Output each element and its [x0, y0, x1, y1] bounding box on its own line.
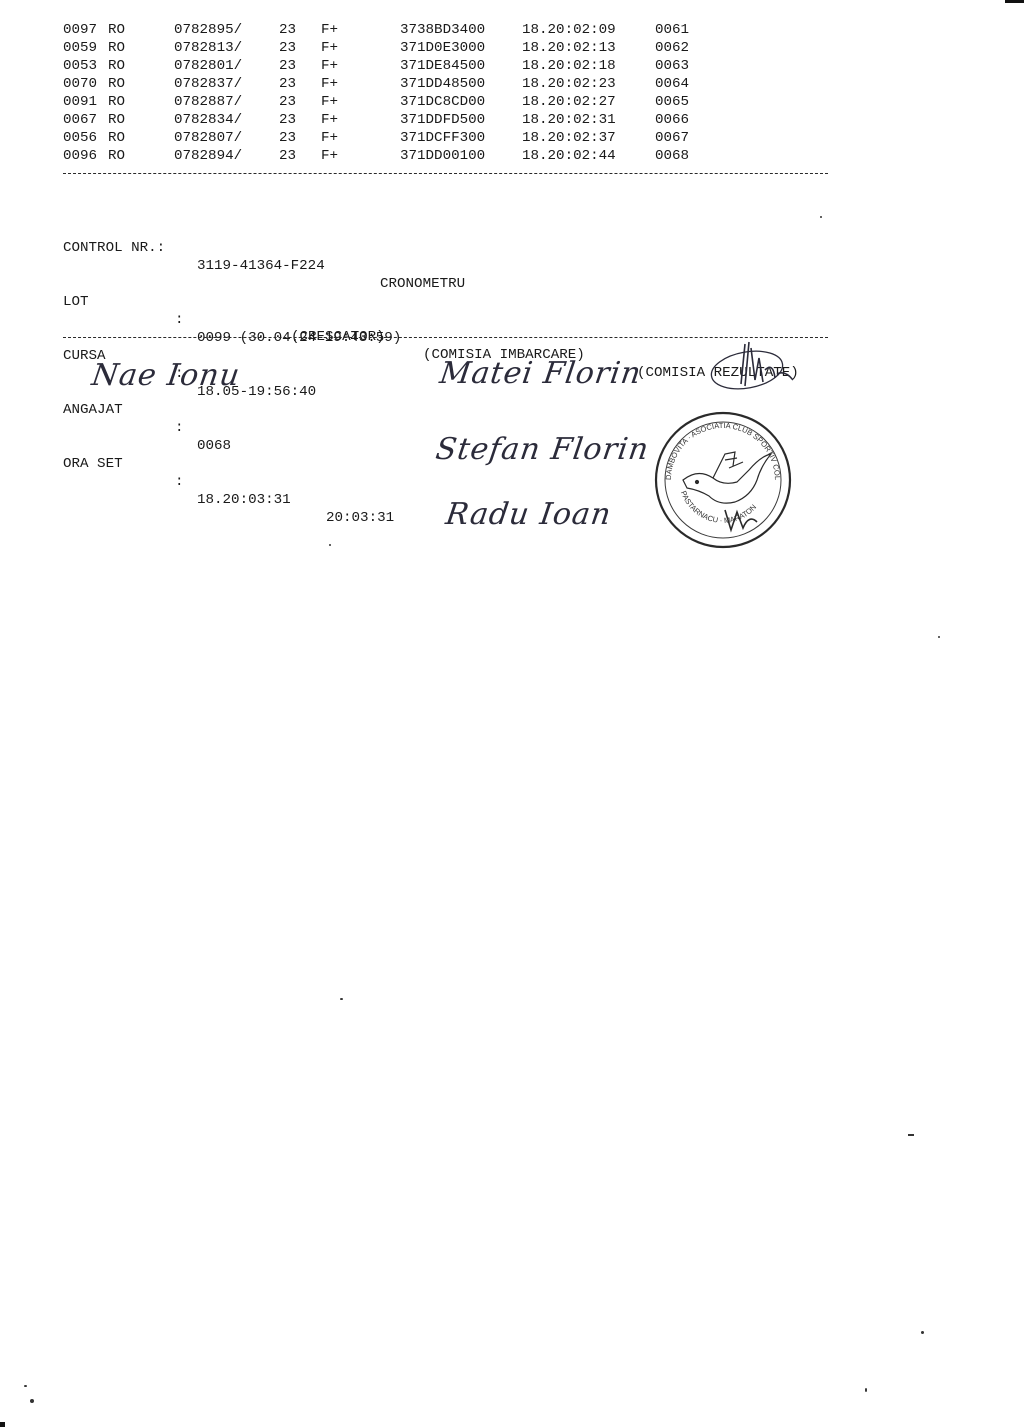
- entry-position: 0067: [655, 129, 689, 147]
- entry-ring: 0782807/: [174, 129, 242, 147]
- entry-position: 0063: [655, 57, 689, 75]
- entry-chip: 371D0E3000: [400, 39, 485, 57]
- entry-sex: F+: [321, 21, 338, 39]
- detail-sep: :: [175, 419, 184, 437]
- detail-sep: :: [175, 473, 184, 491]
- scan-speck: [921, 1331, 924, 1334]
- entry-seq: 0091: [63, 93, 97, 111]
- scan-edge: [1005, 0, 1024, 3]
- entry-year: 23: [279, 39, 296, 57]
- entry-ring: 0782887/: [174, 93, 242, 111]
- entry-chip: 371DCFF300: [400, 129, 485, 147]
- signature-imbarcare-3: Radu Ioan: [444, 497, 614, 532]
- entry-country: RO: [108, 111, 125, 129]
- entry-seq: 0056: [63, 129, 97, 147]
- detail-value: 18.20:03:31: [197, 491, 291, 509]
- entry-year: 23: [279, 129, 296, 147]
- signature-scribble-icon: [705, 340, 800, 395]
- entry-sex: F+: [321, 111, 338, 129]
- entry-year: 23: [279, 111, 296, 129]
- detail-label: ANGAJAT: [63, 401, 123, 419]
- entry-sex: F+: [321, 129, 338, 147]
- entry-sex: F+: [321, 75, 338, 93]
- association-stamp: DAMBOVITA · ASOCIATIA CLUB SPORTIV COLUM…: [653, 410, 793, 550]
- entry-position: 0061: [655, 21, 689, 39]
- control-value: 3119-41364-F224: [197, 257, 325, 275]
- entry-time: 18.20:02:18: [522, 57, 616, 75]
- entry-sex: F+: [321, 39, 338, 57]
- entry-country: RO: [108, 147, 125, 165]
- table-row: 0070 RO 0782837/ 23 F+ 371DD48500 18.20:…: [63, 75, 97, 93]
- entry-seq: 0070: [63, 75, 97, 93]
- scan-speck: [30, 1399, 34, 1403]
- entry-sex: F+: [321, 147, 338, 165]
- detail-lot: LOT : 0099 (30.04.24-19:43:59): [63, 275, 97, 293]
- entry-year: 23: [279, 147, 296, 165]
- entry-position: 0065: [655, 93, 689, 111]
- entry-sex: F+: [321, 57, 338, 75]
- detail-extra: 20:03:31: [326, 509, 394, 527]
- entry-year: 23: [279, 21, 296, 39]
- entry-seq: 0096: [63, 147, 97, 165]
- entry-chip: 371DD00100: [400, 147, 485, 165]
- entry-country: RO: [108, 39, 125, 57]
- scan-speck: [340, 998, 343, 1000]
- entry-time: 18.20:02:31: [522, 111, 616, 129]
- entry-year: 23: [279, 75, 296, 93]
- entry-year: 23: [279, 93, 296, 111]
- entry-ring: 0782801/: [174, 57, 242, 75]
- entry-time: 18.20:02:27: [522, 93, 616, 111]
- scan-speck: [820, 216, 822, 218]
- detail-label: LOT: [63, 293, 89, 311]
- detail-value: 0068: [197, 437, 231, 455]
- entry-country: RO: [108, 93, 125, 111]
- entry-sex: F+: [321, 93, 338, 111]
- entry-time: 18.20:02:44: [522, 147, 616, 165]
- signature-imbarcare-2: Stefan Florin: [434, 432, 652, 467]
- entry-country: RO: [108, 75, 125, 93]
- entry-position: 0064: [655, 75, 689, 93]
- entry-ring: 0782837/: [174, 75, 242, 93]
- entry-position: 0068: [655, 147, 689, 165]
- entry-position: 0062: [655, 39, 689, 57]
- control-label: CONTROL NR.:: [63, 239, 165, 257]
- entry-country: RO: [108, 21, 125, 39]
- divider: [63, 337, 828, 338]
- scan-speck: [908, 1134, 914, 1136]
- entry-chip: 371DE84500: [400, 57, 485, 75]
- control-device: CRONOMETRU: [380, 275, 465, 293]
- entry-chip: 3738BD3400: [400, 21, 485, 39]
- entry-seq: 0097: [63, 21, 97, 39]
- entry-country: RO: [108, 57, 125, 75]
- entry-country: RO: [108, 129, 125, 147]
- detail-label: ORA SET: [63, 455, 123, 473]
- scan-speck: [865, 1388, 867, 1392]
- control-block: CONTROL NR.: 3119-41364-F224 CRONOMETRU …: [63, 185, 97, 473]
- entry-seq: 0067: [63, 111, 97, 129]
- detail-sep: :: [175, 311, 184, 329]
- entry-seq: 0059: [63, 39, 97, 57]
- table-row: 0056 RO 0782807/ 23 F+ 371DCFF300 18.20:…: [63, 129, 97, 147]
- table-row: 0091 RO 0782887/ 23 F+ 371DC8CD00 18.20:…: [63, 93, 97, 111]
- signature-headers: (CRESCATOR) (COMISIA IMBARCARE) (COMISIA…: [291, 310, 308, 382]
- table-row: 0059 RO 0782813/ 23 F+ 371D0E3000 18.20:…: [63, 39, 97, 57]
- table-row: 0096 RO 0782894/ 23 F+ 371DD00100 18.20:…: [63, 147, 97, 165]
- scan-speck: [24, 1385, 27, 1387]
- entry-ring: 0782894/: [174, 147, 242, 165]
- entry-ring: 0782895/: [174, 21, 242, 39]
- scan-speck: [938, 636, 940, 638]
- entry-time: 18.20:02:13: [522, 39, 616, 57]
- entry-seq: 0053: [63, 57, 97, 75]
- entry-time: 18.20:02:37: [522, 129, 616, 147]
- entry-ring: 0782813/: [174, 39, 242, 57]
- table-row: 0097 RO 0782895/ 23 F+ 3738BD3400 18.20:…: [63, 21, 97, 39]
- table-row: 0067 RO 0782834/ 23 F+ 371DDFD500 18.20:…: [63, 111, 97, 129]
- entry-time: 18.20:02:09: [522, 21, 616, 39]
- entry-ring: 0782834/: [174, 111, 242, 129]
- divider: [63, 173, 828, 174]
- signature-crescator: Nae Ionu: [90, 358, 243, 393]
- entry-time: 18.20:02:23: [522, 75, 616, 93]
- detail-cursa: CURSA : 18.05-19:56:40: [63, 329, 97, 347]
- detail-ora-set: ORA SET : 18.20:03:31 20:03:31: [63, 437, 97, 455]
- pigeon-icon: [683, 452, 771, 530]
- entry-chip: 371DC8CD00: [400, 93, 485, 111]
- scan-edge: [0, 1422, 5, 1427]
- table-row: 0053 RO 0782801/ 23 F+ 371DE84500 18.20:…: [63, 57, 97, 75]
- entry-position: 0066: [655, 111, 689, 129]
- control-line: CONTROL NR.: 3119-41364-F224 CRONOMETRU: [63, 221, 97, 239]
- signature-imbarcare-1: Matei Florin: [438, 356, 644, 391]
- scan-speck: [329, 544, 331, 546]
- entry-year: 23: [279, 57, 296, 75]
- entry-chip: 371DD48500: [400, 75, 485, 93]
- entry-chip: 371DDFD500: [400, 111, 485, 129]
